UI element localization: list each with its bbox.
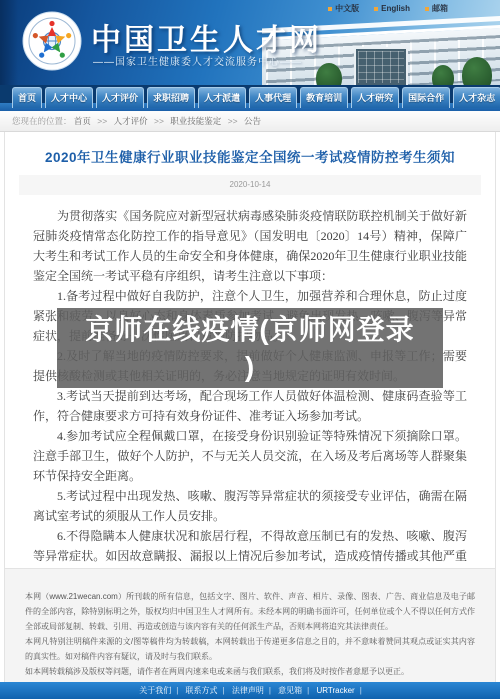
header-shade bbox=[0, 0, 18, 85]
nav-tab-talent-magazine[interactable]: 人才杂志 bbox=[453, 87, 500, 108]
mailbox-label: 邮箱 bbox=[432, 3, 448, 14]
link-bullet-icon bbox=[374, 7, 378, 11]
footer-link-about-us[interactable]: 关于我们 bbox=[139, 686, 171, 695]
tree-illustration bbox=[316, 63, 342, 85]
lang-english-link[interactable]: English bbox=[374, 3, 410, 14]
footer-link-contact[interactable]: 联系方式 bbox=[186, 686, 218, 695]
footer-legal: 本网（www.21wecan.com）所刊载的所有信息，包括文字、图片、软件、声… bbox=[4, 569, 496, 690]
building-entrance bbox=[354, 47, 408, 85]
link-bullet-icon bbox=[328, 7, 332, 11]
bottom-bar: 关于我们| 联系方式| 法律声明| 意见箱| URTracker| bbox=[0, 682, 500, 699]
nav-tab-home[interactable]: 首页 bbox=[12, 87, 42, 108]
breadcrumb: 您现在的位置： 首页 >> 人才评价 >> 职业技能鉴定 >> 公告 bbox=[0, 111, 500, 132]
article-paragraph: 4.参加考试应全程佩戴口罩，在接受身份识别验证等特殊情况下须摘除口罩。注意手部卫… bbox=[33, 426, 467, 486]
breadcrumb-prefix: 您现在的位置： bbox=[12, 116, 72, 126]
tree-illustration bbox=[462, 57, 492, 85]
legal-paragraph: 如本网转载稿涉及版权等问题，请作者在两周内速来电或来函与我们联系，我们将及时按作… bbox=[25, 664, 475, 679]
lang-english-label: English bbox=[381, 4, 410, 13]
nav-tab-talent-dispatch[interactable]: 人才派遣 bbox=[198, 87, 246, 108]
breadcrumb-skill-appraisal[interactable]: 职业技能鉴定 bbox=[170, 116, 221, 126]
bottom-bar-separator: | bbox=[176, 686, 178, 695]
article-date: 2020-10-14 bbox=[19, 175, 481, 195]
site-header: 中文版 English 邮箱 中国卫生人才网 ——国家卫生健康 bbox=[0, 0, 500, 85]
article-paragraph: 6.不得隐瞒本人健康状况和旅居行程，不得故意压制已有的发热、咳嗽、腹泻等异常症状… bbox=[33, 526, 467, 569]
footer-link-urtracker[interactable]: URTracker bbox=[316, 686, 354, 695]
breadcrumb-separator: >> bbox=[154, 116, 164, 126]
legal-paragraph: 本网凡特别注明稿件来源的文/图等稿件均为转载稿，本网转载出于传递更多信息之目的，… bbox=[25, 634, 475, 664]
bottom-bar-separator: | bbox=[269, 686, 271, 695]
site-logo[interactable] bbox=[22, 11, 82, 71]
nav-tab-talent-research[interactable]: 人才研究 bbox=[351, 87, 399, 108]
main-nav: 首页 人才中心 人才评价 求职招聘 人才派遣 人事代理 教育培训 人才研究 国际… bbox=[0, 85, 500, 111]
watermark-text-line1: 京师在线疫情(京师网登录 bbox=[57, 311, 443, 348]
nav-tab-education-training[interactable]: 教育培训 bbox=[300, 87, 348, 108]
breadcrumb-announcement[interactable]: 公告 bbox=[244, 116, 261, 126]
site-logo-emblem-icon bbox=[22, 11, 82, 71]
lang-chinese-link[interactable]: 中文版 bbox=[328, 3, 359, 14]
bottom-bar-separator: | bbox=[360, 686, 362, 695]
article-paragraph: 为贯彻落实《国务院应对新型冠状病毒感染肺炎疫情联防联控机制关于做好新冠肺炎疫情常… bbox=[33, 206, 467, 286]
tree-illustration bbox=[432, 65, 454, 85]
nav-tab-job-recruitment[interactable]: 求职招聘 bbox=[147, 87, 195, 108]
page: 中文版 English 邮箱 中国卫生人才网 ——国家卫生健康 bbox=[0, 0, 500, 699]
footer-link-legal-notice[interactable]: 法律声明 bbox=[232, 686, 264, 695]
lang-chinese-label: 中文版 bbox=[335, 3, 359, 14]
link-bullet-icon bbox=[425, 7, 429, 11]
breadcrumb-talent-evaluation[interactable]: 人才评价 bbox=[114, 116, 148, 126]
article-title: 2020年卫生健康行业职业技能鉴定全国统一考试疫情防控考生须知 bbox=[23, 146, 477, 166]
nav-tab-talent-center[interactable]: 人才中心 bbox=[45, 87, 93, 108]
article-paragraph: 5.考试过程中出现发热、咳嗽、腹泻等异常症状的须接受专业评估，确需在隔离试室考试… bbox=[33, 486, 467, 526]
watermark-text-line2: ) bbox=[57, 348, 443, 385]
site-subtitle: ——国家卫生健康委人才交流服务中心—— bbox=[93, 53, 302, 68]
bottom-bar-separator: | bbox=[223, 686, 225, 695]
nav-tabs: 首页 人才中心 人才评价 求职招聘 人才派遣 人事代理 教育培训 人才研究 国际… bbox=[12, 87, 500, 108]
article-paragraph: 3.考试当天提前到达考场，配合现场工作人员做好体温检测、健康码查验等工作，符合健… bbox=[33, 386, 467, 426]
bottom-bar-separator: | bbox=[307, 686, 309, 695]
watermark-overlay: 京师在线疫情(京师网登录 ) bbox=[57, 308, 443, 388]
breadcrumb-separator: >> bbox=[228, 116, 238, 126]
nav-tab-talent-evaluation[interactable]: 人才评价 bbox=[96, 87, 144, 108]
mailbox-link[interactable]: 邮箱 bbox=[425, 3, 448, 14]
breadcrumb-separator: >> bbox=[97, 116, 107, 126]
header-top-links: 中文版 English 邮箱 bbox=[328, 3, 448, 14]
nav-tab-hr-agency[interactable]: 人事代理 bbox=[249, 87, 297, 108]
legal-paragraph: 本网（www.21wecan.com）所刊载的所有信息，包括文字、图片、软件、声… bbox=[25, 589, 475, 634]
nav-tab-international[interactable]: 国际合作 bbox=[402, 87, 450, 108]
footer-link-suggestion-box[interactable]: 意见箱 bbox=[278, 686, 302, 695]
breadcrumb-home[interactable]: 首页 bbox=[74, 116, 91, 126]
